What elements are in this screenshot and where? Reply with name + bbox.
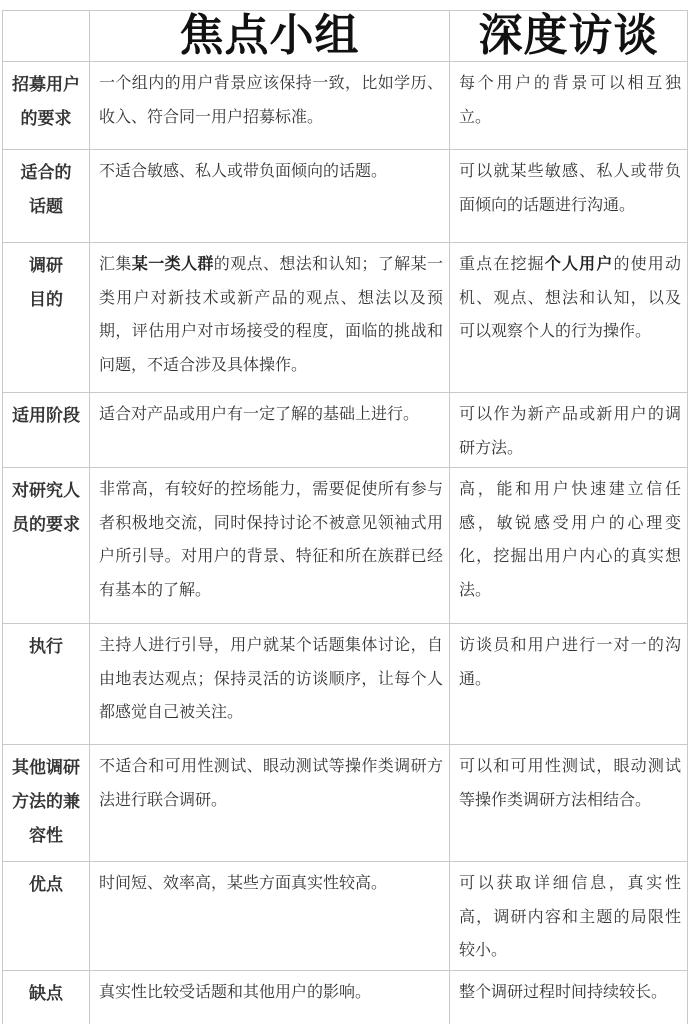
focus-group-cell: 汇集某一类人群的观点、想法和认知；了解某一类用户对新技术或新产品的观点、想法以及… xyxy=(90,243,450,393)
focus-group-cell: 一个组内的用户背景应该保持一致，比如学历、收入、符合同一用户招募标准。 xyxy=(90,62,450,150)
focus-group-cell: 不适合和可用性测试、眼动测试等操作类调研方法进行联合调研。 xyxy=(90,745,450,862)
row-header: 对研究人 员的要求 xyxy=(3,468,90,624)
row-header: 适用阶段 xyxy=(3,393,90,468)
depth-interview-cell: 可以获取详细信息，真实性高，调研内容和主题的局限性较小。 xyxy=(450,862,688,971)
bold-phrase: 个人用户 xyxy=(545,256,614,273)
focus-group-cell: 非常高，有较好的控场能力，需要促使所有参与者积极地交流，同时保持讨论不被意见领袖… xyxy=(90,468,450,624)
depth-interview-cell: 可以作为新产品或新用户的调研方法。 xyxy=(450,393,688,468)
table-body: 招募用户 的要求一个组内的用户背景应该保持一致，比如学历、收入、符合同一用户招募… xyxy=(3,62,688,1024)
row-header: 招募用户 的要求 xyxy=(3,62,90,150)
column-header-focus-group: 焦点小组 xyxy=(90,11,450,62)
depth-interview-cell: 每个用户的背景可以相互独立。 xyxy=(450,62,688,150)
focus-group-cell: 适合对产品或用户有一定了解的基础上进行。 xyxy=(90,393,450,468)
table-row: 招募用户 的要求一个组内的用户背景应该保持一致，比如学历、收入、符合同一用户招募… xyxy=(3,62,688,150)
focus-group-cell: 不适合敏感、私人或带负面倾向的话题。 xyxy=(90,150,450,243)
table-row: 优点时间短、效率高，某些方面真实性较高。可以获取详细信息，真实性高，调研内容和主… xyxy=(3,862,688,971)
page: 焦点小组 深度访谈 招募用户 的要求一个组内的用户背景应该保持一致，比如学历、收… xyxy=(0,0,689,1024)
column-header-depth-interview: 深度访谈 xyxy=(450,11,688,62)
depth-interview-cell: 高，能和用户快速建立信任感，敏锐感受用户的心理变化，挖掘出用户内心的真实想法。 xyxy=(450,468,688,624)
row-header: 优点 xyxy=(3,862,90,971)
depth-interview-cell: 可以和可用性测试，眼动测试等操作类调研方法相结合。 xyxy=(450,745,688,862)
comparison-table: 焦点小组 深度访谈 招募用户 的要求一个组内的用户背景应该保持一致，比如学历、收… xyxy=(2,10,688,1024)
table-header: 焦点小组 深度访谈 xyxy=(3,11,688,62)
row-header: 执行 xyxy=(3,624,90,745)
table-row: 缺点真实性比较受话题和其他用户的影响。整个调研过程时间持续较长。 xyxy=(3,970,688,1024)
bold-phrase: 某一类人群 xyxy=(132,256,214,273)
row-header: 其他调研 方法的兼 容性 xyxy=(3,745,90,862)
depth-interview-cell: 可以就某些敏感、私人或带负面倾向的话题进行沟通。 xyxy=(450,150,688,243)
depth-interview-cell: 重点在挖掘个人用户的使用动机、观点、想法和认知，以及可以观察个人的行为操作。 xyxy=(450,243,688,393)
row-header: 适合的 话题 xyxy=(3,150,90,243)
focus-group-cell: 时间短、效率高，某些方面真实性较高。 xyxy=(90,862,450,971)
focus-group-cell: 真实性比较受话题和其他用户的影响。 xyxy=(90,970,450,1024)
corner-cell xyxy=(3,11,90,62)
header-row: 焦点小组 深度访谈 xyxy=(3,11,688,62)
row-header: 调研 目的 xyxy=(3,243,90,393)
table-row: 适合的 话题不适合敏感、私人或带负面倾向的话题。可以就某些敏感、私人或带负面倾向… xyxy=(3,150,688,243)
table-row: 执行主持人进行引导，用户就某个话题集体讨论，自由地表达观点；保持灵活的访谈顺序，… xyxy=(3,624,688,745)
focus-group-cell: 主持人进行引导，用户就某个话题集体讨论，自由地表达观点；保持灵活的访谈顺序，让每… xyxy=(90,624,450,745)
depth-interview-cell: 整个调研过程时间持续较长。 xyxy=(450,970,688,1024)
row-header: 缺点 xyxy=(3,970,90,1024)
table-row: 适用阶段适合对产品或用户有一定了解的基础上进行。可以作为新产品或新用户的调研方法… xyxy=(3,393,688,468)
depth-interview-cell: 访谈员和用户进行一对一的沟通。 xyxy=(450,624,688,745)
table-row: 其他调研 方法的兼 容性不适合和可用性测试、眼动测试等操作类调研方法进行联合调研… xyxy=(3,745,688,862)
table-row: 对研究人 员的要求非常高，有较好的控场能力，需要促使所有参与者积极地交流，同时保… xyxy=(3,468,688,624)
table-row: 调研 目的汇集某一类人群的观点、想法和认知；了解某一类用户对新技术或新产品的观点… xyxy=(3,243,688,393)
